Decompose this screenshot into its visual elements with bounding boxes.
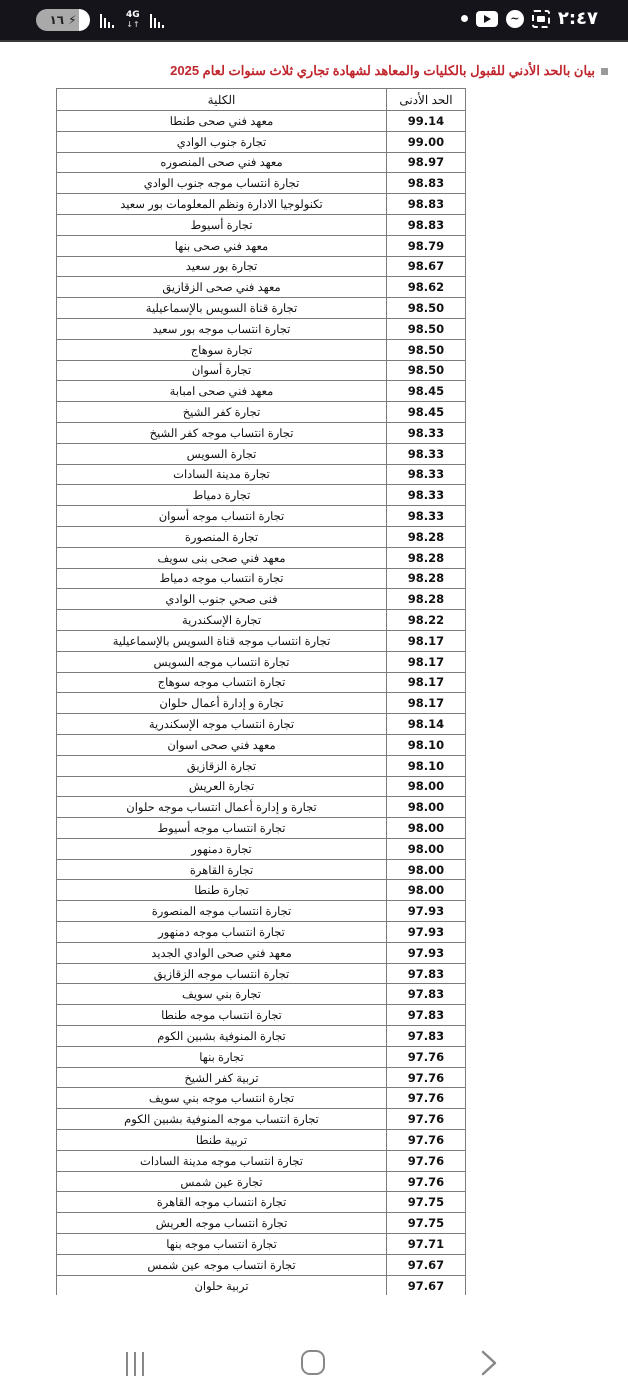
min-score-cell: 97.75: [387, 1192, 466, 1213]
battery-indicator: ١٦ ⚡: [36, 9, 90, 31]
college-cell: معهد فني صحى طنطا: [57, 111, 387, 132]
college-cell: تجارة الزقازيق: [57, 755, 387, 776]
table-row: 98.50تجارة انتساب موجه بور سعيد: [57, 318, 466, 339]
table-row: 98.33تجارة دمياط: [57, 485, 466, 506]
college-cell: تجارة انتساب موجه السويس: [57, 651, 387, 672]
document-heading: بيان بالحد الأدني للقبول بالكليات والمعا…: [170, 63, 608, 79]
min-score-cell: 98.83: [387, 173, 466, 194]
college-cell: تجارة المنوفية بشبين الكوم: [57, 1026, 387, 1047]
college-cell: تجارة كفر الشيخ: [57, 402, 387, 423]
min-score-cell: 97.83: [387, 1026, 466, 1047]
college-cell: تربية كفر الشيخ: [57, 1067, 387, 1088]
college-cell: تجارة انتساب موجه الإسكندرية: [57, 714, 387, 735]
college-cell: تجارة عين شمس: [57, 1171, 387, 1192]
min-score-cell: 98.83: [387, 194, 466, 215]
table-row: 98.67تجارة بور سعيد: [57, 256, 466, 277]
table-row: 98.17تجارة انتساب موجه قناة السويس بالإس…: [57, 630, 466, 651]
min-score-cell: 99.00: [387, 131, 466, 152]
college-cell: تجارة قناة السويس بالإسماعيلية: [57, 298, 387, 319]
min-score-cell: 98.97: [387, 152, 466, 173]
min-score-cell: 98.45: [387, 402, 466, 423]
table-row: 98.28فنى صحي جنوب الوادي: [57, 589, 466, 610]
college-cell: فنى صحي جنوب الوادي: [57, 589, 387, 610]
min-score-cell: 97.83: [387, 984, 466, 1005]
table-row: 97.93تجارة انتساب موجه المنصورة: [57, 901, 466, 922]
status-bar-right: ~ ٢:٤٧: [461, 8, 598, 29]
college-cell: تجارة انتساب موجه دمياط: [57, 568, 387, 589]
college-cell: تجارة انتساب موجه بنها: [57, 1234, 387, 1255]
college-cell: معهد فني صحى امبابة: [57, 381, 387, 402]
table-row: 97.93تجارة انتساب موجه دمنهور: [57, 922, 466, 943]
college-cell: معهد فني صحى المنصوره: [57, 152, 387, 173]
college-cell: تجارة انتساب موجه بور سعيد: [57, 318, 387, 339]
college-cell: تجارة القاهرة: [57, 859, 387, 880]
table-row: 97.83تجارة المنوفية بشبين الكوم: [57, 1026, 466, 1047]
table-row: 97.83تجارة انتساب موجه طنطا: [57, 1005, 466, 1026]
column-header-min-score: الحد الأدنى: [387, 89, 466, 111]
table-row: 98.83تكنولوجيا الادارة ونظم المعلومات بو…: [57, 194, 466, 215]
table-row: 97.67تربية حلوان: [57, 1275, 466, 1295]
college-cell: معهد فني صحى اسوان: [57, 734, 387, 755]
min-score-cell: 98.67: [387, 256, 466, 277]
min-score-cell: 98.62: [387, 277, 466, 298]
table-row: 98.45معهد فني صحى امبابة: [57, 381, 466, 402]
min-score-cell: 98.00: [387, 859, 466, 880]
college-cell: تجارة انتساب موجه العريش: [57, 1213, 387, 1234]
youtube-icon: [476, 11, 498, 27]
college-cell: تجارة المنصورة: [57, 526, 387, 547]
college-cell: معهد فني صحى الوادي الجديد: [57, 942, 387, 963]
battery-charging-icon: ⚡: [68, 13, 76, 27]
college-cell: تجارة و إدارة أعمال انتساب موجه حلوان: [57, 797, 387, 818]
college-cell: تجارة انتساب موجه قناة السويس بالإسماعيل…: [57, 630, 387, 651]
table-row: 97.83تجارة بني سويف: [57, 984, 466, 1005]
notification-dot-icon: [461, 15, 468, 22]
min-score-cell: 97.76: [387, 1171, 466, 1192]
college-cell: تربية حلوان: [57, 1275, 387, 1295]
min-score-cell: 98.22: [387, 610, 466, 631]
table-row: 97.75تجارة انتساب موجه القاهرة: [57, 1192, 466, 1213]
min-score-cell: 97.75: [387, 1213, 466, 1234]
table-row: 97.76تجارة انتساب موجه مدينة السادات: [57, 1150, 466, 1171]
college-cell: تجارة و إدارة أعمال حلوان: [57, 693, 387, 714]
college-cell: تجارة دمنهور: [57, 838, 387, 859]
table-row: 98.50تجارة سوهاج: [57, 339, 466, 360]
home-button[interactable]: [301, 1350, 325, 1375]
table-row: 98.50تجارة قناة السويس بالإسماعيلية: [57, 298, 466, 319]
status-bar-left: ١٦ ⚡ 4G↓↑: [36, 9, 164, 31]
college-cell: تجارة انتساب موجه كفر الشيخ: [57, 422, 387, 443]
min-score-cell: 98.17: [387, 672, 466, 693]
min-score-cell: 98.33: [387, 443, 466, 464]
recent-apps-button[interactable]: [126, 1352, 152, 1376]
table-row: 98.10معهد فني صحى اسوان: [57, 734, 466, 755]
min-score-cell: 98.50: [387, 360, 466, 381]
table-row: 99.14معهد فني صحى طنطا: [57, 111, 466, 132]
min-score-cell: 98.10: [387, 755, 466, 776]
min-score-cell: 97.93: [387, 922, 466, 943]
table-row: 98.00تجارة العريش: [57, 776, 466, 797]
table-row: 97.83تجارة انتساب موجه الزقازيق: [57, 963, 466, 984]
college-cell: تجارة جنوب الوادي: [57, 131, 387, 152]
document-title: بيان بالحد الأدني للقبول بالكليات والمعا…: [170, 63, 595, 79]
table-row: 98.45تجارة كفر الشيخ: [57, 402, 466, 423]
college-cell: تكنولوجيا الادارة ونظم المعلومات بور سعي…: [57, 194, 387, 215]
table-row: 98.14تجارة انتساب موجه الإسكندرية: [57, 714, 466, 735]
back-button[interactable]: [474, 1349, 502, 1377]
table-row: 98.00تجارة القاهرة: [57, 859, 466, 880]
college-cell: تجارة انتساب موجه أسوان: [57, 506, 387, 527]
messenger-icon: ~: [506, 10, 524, 28]
table-row: 97.71تجارة انتساب موجه بنها: [57, 1234, 466, 1255]
college-cell: تجارة انتساب موجه أسيوط: [57, 818, 387, 839]
college-cell: تجارة انتساب موجه مدينة السادات: [57, 1150, 387, 1171]
min-score-cell: 98.45: [387, 381, 466, 402]
table-row: 98.17تجارة و إدارة أعمال حلوان: [57, 693, 466, 714]
min-score-cell: 97.76: [387, 1130, 466, 1151]
min-score-cell: 98.28: [387, 589, 466, 610]
min-score-cell: 98.28: [387, 547, 466, 568]
college-cell: تجارة انتساب موجه سوهاج: [57, 672, 387, 693]
college-cell: تجارة بنها: [57, 1046, 387, 1067]
table-row: 98.00تجارة دمنهور: [57, 838, 466, 859]
college-cell: تجارة بور سعيد: [57, 256, 387, 277]
college-cell: تجارة أسيوط: [57, 214, 387, 235]
college-cell: تجارة انتساب موجه المنصورة: [57, 901, 387, 922]
min-score-cell: 97.76: [387, 1150, 466, 1171]
network-type: 4G: [126, 10, 140, 20]
min-score-cell: 98.33: [387, 506, 466, 527]
min-score-cell: 98.33: [387, 464, 466, 485]
min-score-cell: 98.00: [387, 776, 466, 797]
min-score-cell: 98.00: [387, 880, 466, 901]
screenshot-icon: [532, 10, 550, 28]
table-row: 99.00تجارة جنوب الوادي: [57, 131, 466, 152]
signal-icon: [100, 12, 114, 28]
status-bar: ١٦ ⚡ 4G↓↑ ~ ٢:٤٧: [0, 0, 628, 42]
table-row: 98.00تجارة انتساب موجه أسيوط: [57, 818, 466, 839]
table-row: 97.75تجارة انتساب موجه العريش: [57, 1213, 466, 1234]
table-row: 98.33تجارة مدينة السادات: [57, 464, 466, 485]
column-header-college: الكلية: [57, 89, 387, 111]
table-row: 98.50تجارة أسوان: [57, 360, 466, 381]
college-cell: تجارة انتساب موجه بني سويف: [57, 1088, 387, 1109]
table-row: 98.33تجارة السويس: [57, 443, 466, 464]
table-row: 98.83تجارة أسيوط: [57, 214, 466, 235]
table-row: 98.79معهد فني صحى بنها: [57, 235, 466, 256]
min-score-cell: 98.79: [387, 235, 466, 256]
min-score-cell: 98.28: [387, 526, 466, 547]
table-row: 97.76تربية طنطا: [57, 1130, 466, 1151]
min-score-cell: 98.17: [387, 651, 466, 672]
min-score-cell: 98.00: [387, 818, 466, 839]
min-score-cell: 97.83: [387, 1005, 466, 1026]
min-score-cell: 98.33: [387, 485, 466, 506]
min-score-cell: 98.83: [387, 214, 466, 235]
college-cell: تجارة انتساب موجه دمنهور: [57, 922, 387, 943]
bullet-icon: [601, 68, 608, 75]
min-score-cell: 98.50: [387, 318, 466, 339]
table-row: 98.33تجارة انتساب موجه كفر الشيخ: [57, 422, 466, 443]
min-score-cell: 98.28: [387, 568, 466, 589]
min-score-cell: 98.17: [387, 693, 466, 714]
college-cell: تجارة الإسكندرية: [57, 610, 387, 631]
college-cell: تربية طنطا: [57, 1130, 387, 1151]
college-cell: تجارة انتساب موجه جنوب الوادي: [57, 173, 387, 194]
table-row: 98.00تجارة و إدارة أعمال انتساب موجه حلو…: [57, 797, 466, 818]
min-score-cell: 98.10: [387, 734, 466, 755]
college-cell: تجارة انتساب موجه عين شمس: [57, 1254, 387, 1275]
min-score-cell: 99.14: [387, 111, 466, 132]
table-row: 97.76تجارة انتساب موجه المنوفية بشبين ال…: [57, 1109, 466, 1130]
table-row: 98.17تجارة انتساب موجه السويس: [57, 651, 466, 672]
college-cell: تجارة بني سويف: [57, 984, 387, 1005]
college-cell: تجارة انتساب موجه الزقازيق: [57, 963, 387, 984]
table-row: 97.76تجارة عين شمس: [57, 1171, 466, 1192]
min-score-cell: 97.76: [387, 1046, 466, 1067]
min-score-cell: 98.00: [387, 838, 466, 859]
min-score-cell: 98.00: [387, 797, 466, 818]
navigation-bar: [0, 1335, 628, 1400]
battery-level: ١٦: [49, 13, 64, 27]
min-score-cell: 98.14: [387, 714, 466, 735]
table-row: 98.33تجارة انتساب موجه أسوان: [57, 506, 466, 527]
college-cell: معهد فني صحى بنى سويف: [57, 547, 387, 568]
table-row: 97.76تربية كفر الشيخ: [57, 1067, 466, 1088]
table-row: 97.67تجارة انتساب موجه عين شمس: [57, 1254, 466, 1275]
table-row: 97.93معهد فني صحى الوادي الجديد: [57, 942, 466, 963]
table-row: 97.76تجارة بنها: [57, 1046, 466, 1067]
min-score-cell: 97.67: [387, 1254, 466, 1275]
college-cell: تجارة العريش: [57, 776, 387, 797]
table-row: 98.83تجارة انتساب موجه جنوب الوادي: [57, 173, 466, 194]
table-row: 97.76تجارة انتساب موجه بني سويف: [57, 1088, 466, 1109]
table-row: 98.28تجارة انتساب موجه دمياط: [57, 568, 466, 589]
table-row: 98.28تجارة المنصورة: [57, 526, 466, 547]
college-cell: تجارة مدينة السادات: [57, 464, 387, 485]
college-cell: معهد فني صحى الزقازيق: [57, 277, 387, 298]
min-score-cell: 98.33: [387, 422, 466, 443]
college-cell: تجارة سوهاج: [57, 339, 387, 360]
min-score-cell: 97.93: [387, 901, 466, 922]
college-cell: تجارة دمياط: [57, 485, 387, 506]
college-cell: تجارة طنطا: [57, 880, 387, 901]
table-header-row: الحد الأدنى الكلية: [57, 89, 466, 111]
table-row: 98.00تجارة طنطا: [57, 880, 466, 901]
college-cell: معهد فني صحى بنها: [57, 235, 387, 256]
table-row: 98.28معهد فني صحى بنى سويف: [57, 547, 466, 568]
college-cell: تجارة انتساب موجه طنطا: [57, 1005, 387, 1026]
min-score-cell: 97.93: [387, 942, 466, 963]
min-score-cell: 97.76: [387, 1067, 466, 1088]
table-row: 98.62معهد فني صحى الزقازيق: [57, 277, 466, 298]
table-row: 98.17تجارة انتساب موجه سوهاج: [57, 672, 466, 693]
college-cell: تجارة أسوان: [57, 360, 387, 381]
min-score-cell: 98.50: [387, 298, 466, 319]
recent-apps-icon: [126, 1352, 128, 1376]
table-row: 98.10تجارة الزقازيق: [57, 755, 466, 776]
4g-data-icon: 4G↓↑: [126, 11, 140, 29]
college-cell: تجارة انتساب موجه المنوفية بشبين الكوم: [57, 1109, 387, 1130]
min-score-cell: 97.76: [387, 1088, 466, 1109]
min-score-cell: 97.71: [387, 1234, 466, 1255]
admission-table: الحد الأدنى الكلية 99.14معهد فني صحى طنط…: [56, 88, 466, 1295]
table-row: 98.22تجارة الإسكندرية: [57, 610, 466, 631]
min-score-cell: 97.67: [387, 1275, 466, 1295]
min-score-cell: 97.76: [387, 1109, 466, 1130]
min-score-cell: 98.17: [387, 630, 466, 651]
table-row: 98.97معهد فني صحى المنصوره: [57, 152, 466, 173]
min-score-cell: 98.50: [387, 339, 466, 360]
clock: ٢:٤٧: [558, 8, 598, 29]
college-cell: تجارة السويس: [57, 443, 387, 464]
college-cell: تجارة انتساب موجه القاهرة: [57, 1192, 387, 1213]
signal-icon: [150, 12, 164, 28]
min-score-cell: 97.83: [387, 963, 466, 984]
table-body: 99.14معهد فني صحى طنطا99.00تجارة جنوب ال…: [57, 111, 466, 1296]
